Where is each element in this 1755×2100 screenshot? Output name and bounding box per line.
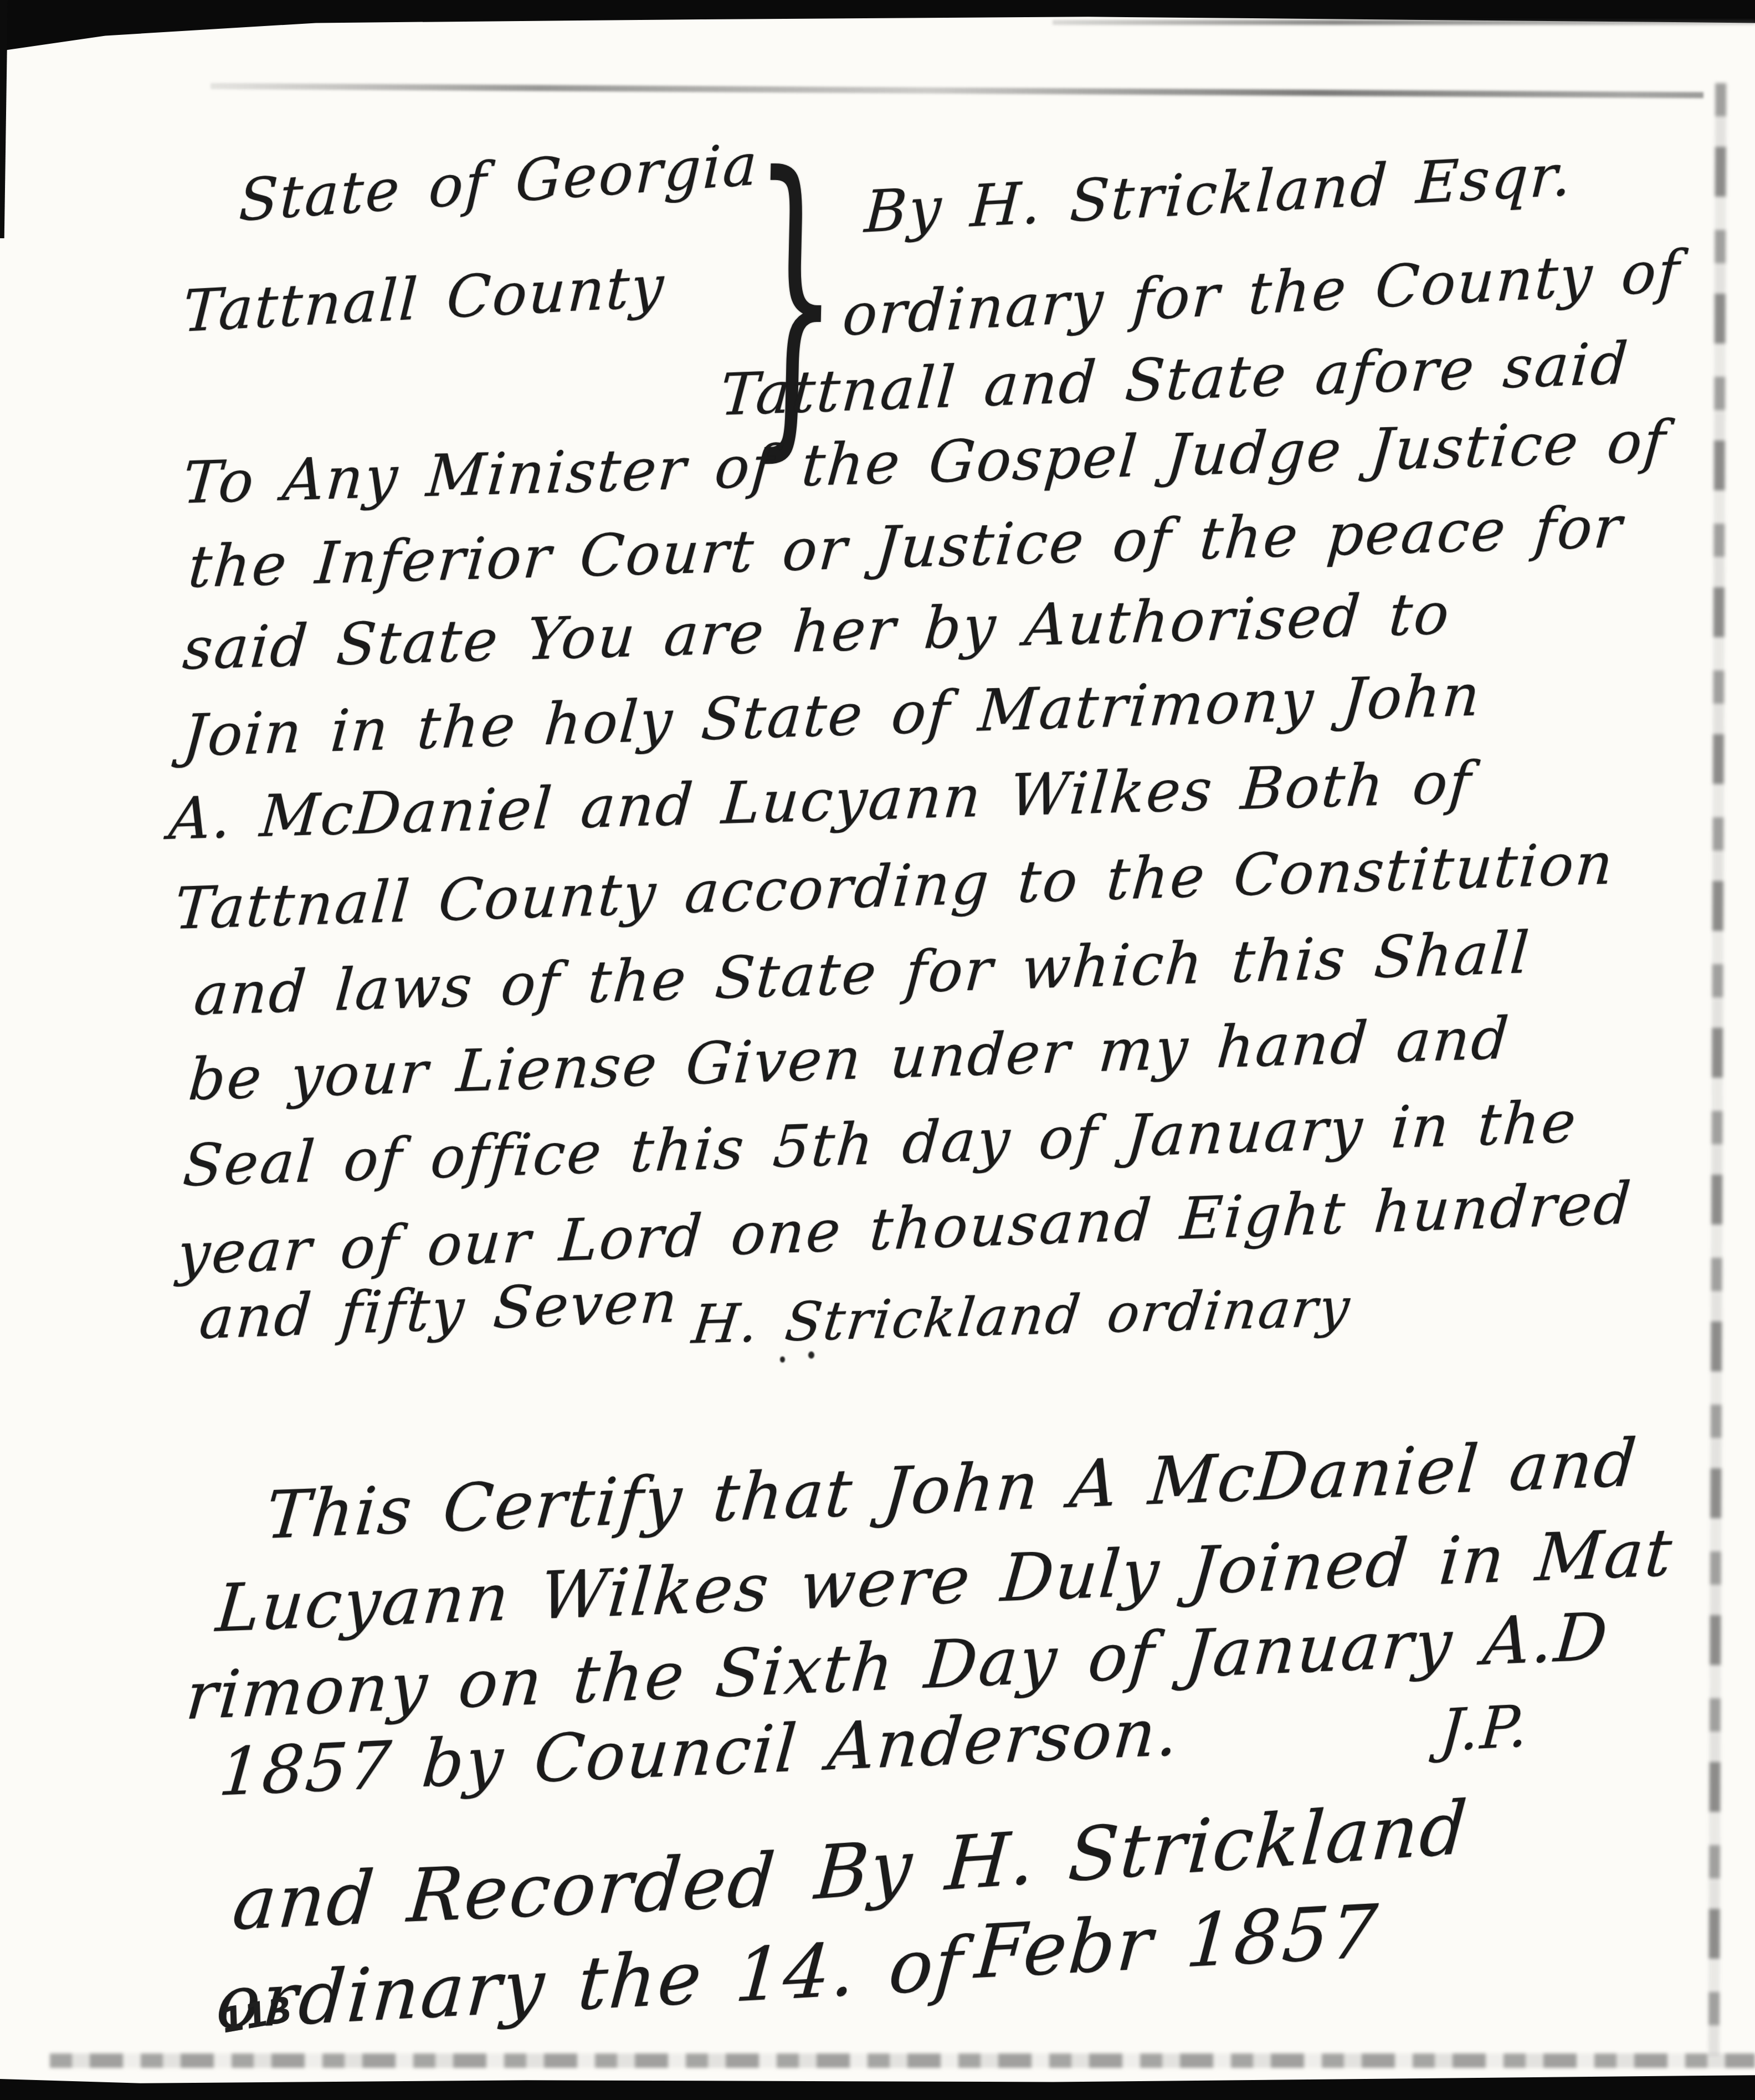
officiant-title: J.P. bbox=[1438, 1693, 1532, 1764]
recorded-line-left: and Recorded bbox=[229, 1838, 779, 1947]
page-edge-smudge-top bbox=[1053, 20, 1755, 25]
page-edge-smudge-upper bbox=[211, 83, 1703, 98]
scan-bottom-black-band bbox=[0, 2069, 1755, 2100]
license-line-5: A. McDaniel and Lucyann Wilkes Both of bbox=[167, 750, 1475, 853]
scanned-marriage-record-page: State of Georgia Tattnall County } By H.… bbox=[0, 0, 1755, 2100]
page-edge-smudge-bottom bbox=[50, 2053, 1755, 2068]
header-officer-line: By H. Strickland Esqr. bbox=[863, 142, 1574, 245]
header-state-line: State of Georgia bbox=[238, 131, 760, 234]
ordinary-signature: H. Strickland ordinary bbox=[689, 1277, 1354, 1355]
header-county-line: Tattnall County bbox=[181, 253, 666, 345]
scan-top-black-band bbox=[0, 0, 1755, 51]
license-line-3: said State You are her by Authorised to bbox=[181, 581, 1453, 683]
ink-dots bbox=[780, 1356, 785, 1363]
recorded-date-right: Febr 1857 bbox=[972, 1890, 1382, 1996]
scan-left-edge-sliver bbox=[0, 0, 8, 238]
page-edge-smudge-right bbox=[1708, 83, 1726, 2056]
